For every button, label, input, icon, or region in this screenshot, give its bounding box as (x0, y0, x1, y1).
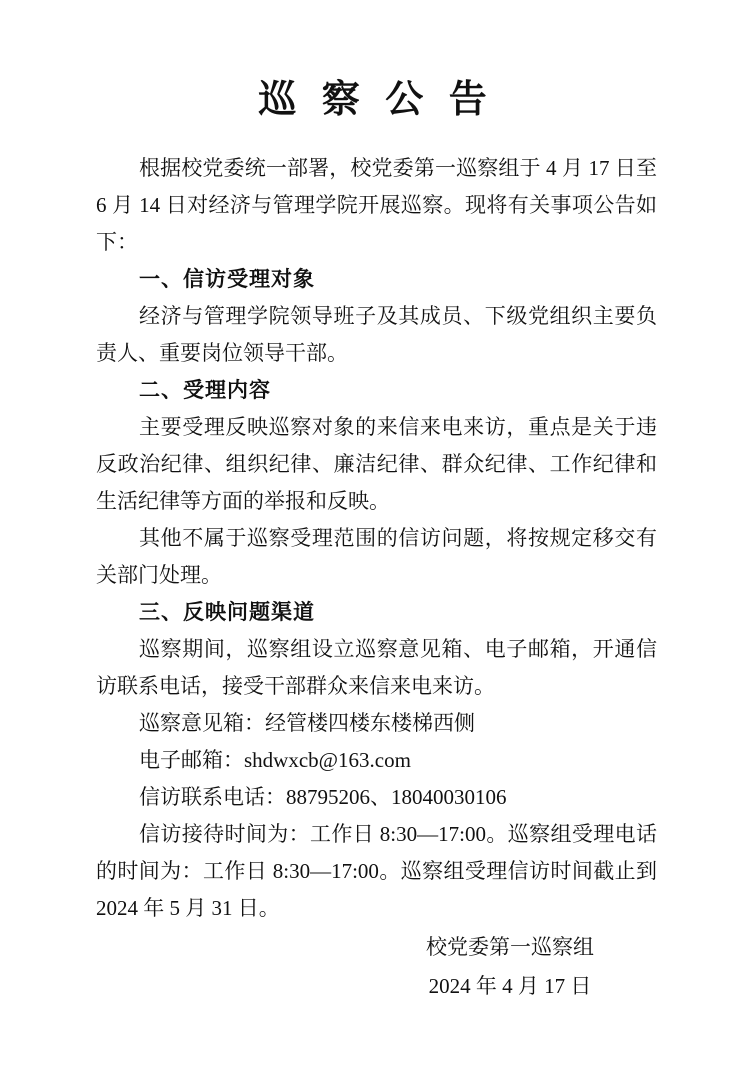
document-page: 巡 察 公 告 根据校党委统一部署，校党委第一巡察组于 4 月 17 日至 6 … (0, 0, 753, 1069)
signature-block: 校党委第一巡察组 2024 年 4 月 17 日 (380, 928, 640, 1006)
hours-deadline-paragraph: 信访接待时间为：工作日 8:30—17:00。巡察组受理电话的时间为：工作日 8… (96, 816, 657, 927)
signature: 校党委第一巡察组 (380, 928, 640, 967)
section-1-heading: 一、信访受理对象 (96, 261, 657, 298)
signature-date: 2024 年 4 月 17 日 (380, 967, 640, 1006)
section-2-paragraph-2: 其他不属于巡察受理范围的信访问题，将按规定移交有关部门处理。 (96, 520, 657, 594)
section-2-heading: 二、受理内容 (96, 372, 657, 409)
section-1-paragraph: 经济与管理学院领导班子及其成员、下级党组织主要负责人、重要岗位领导干部。 (96, 298, 657, 372)
phone-line: 信访联系电话：88795206、18040030106 (96, 779, 657, 816)
intro-paragraph: 根据校党委统一部署，校党委第一巡察组于 4 月 17 日至 6 月 14 日对经… (96, 150, 657, 261)
section-3-paragraph-1: 巡察期间，巡察组设立巡察意见箱、电子邮箱，开通信访联系电话，接受干部群众来信来电… (96, 631, 657, 705)
mailbox-location-line: 巡察意见箱：经管楼四楼东楼梯西侧 (96, 705, 657, 742)
section-2-paragraph-1: 主要受理反映巡察对象的来信来电来访，重点是关于违反政治纪律、组织纪律、廉洁纪律、… (96, 409, 657, 520)
section-3-heading: 三、反映问题渠道 (96, 594, 657, 631)
document-title: 巡 察 公 告 (96, 78, 657, 122)
email-line: 电子邮箱：shdwxcb@163.com (96, 742, 657, 779)
